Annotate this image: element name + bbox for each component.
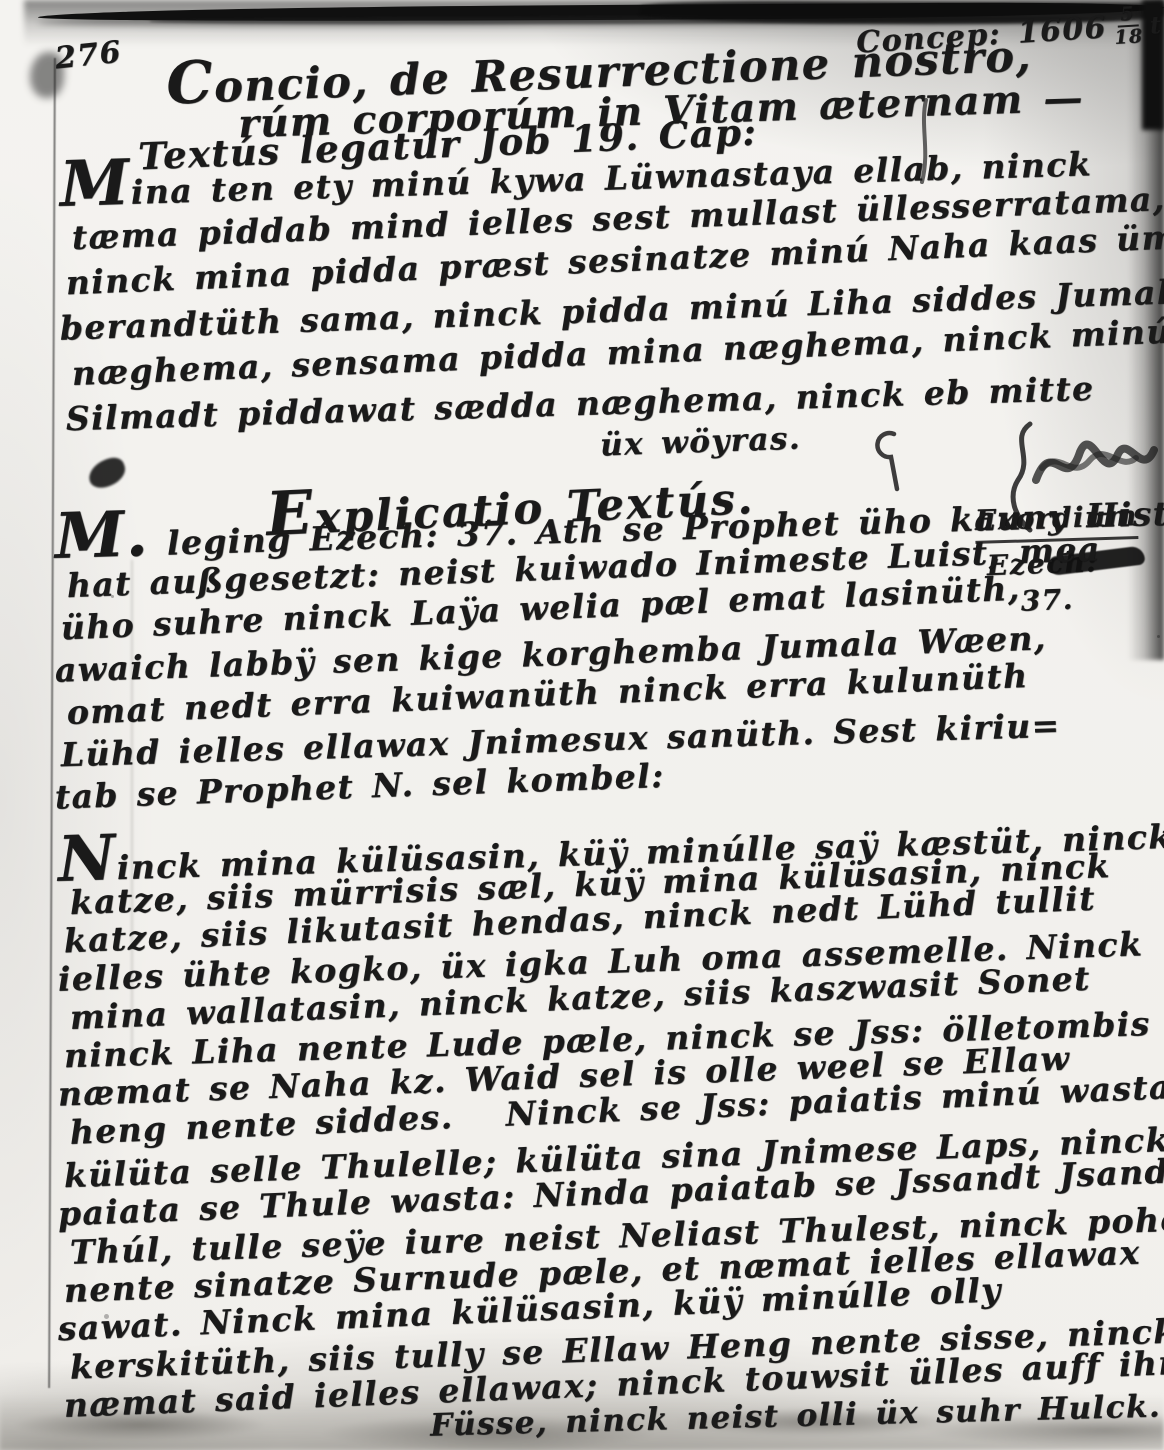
date-note-suffix: t. xyxy=(1149,9,1164,39)
manuscript-page: 276 Concep: 1606 5 18 t. Concio, de Resu… xyxy=(0,0,1164,1450)
date-fraction-denominator: 18 xyxy=(1114,26,1144,48)
ezekiel-quotation-paragraph: Ninck mina külüsasin, küÿ minúlle saÿ kæ… xyxy=(58,843,1164,1428)
date-fraction: 5 18 xyxy=(1112,4,1144,48)
job-quotation-closing: üx wöyras. xyxy=(599,421,801,464)
date-fraction-numerator: 5 xyxy=(1117,4,1139,27)
page-number: 276 xyxy=(53,35,123,77)
exordium-paragraph: M. leging Ezech: 37. Ath se Prophet üho … xyxy=(55,520,1164,821)
job-quotation-paragraph: Mina ten ety minú kywa Lüwnastaya ellab,… xyxy=(60,168,1164,444)
ink-blot xyxy=(85,454,130,492)
